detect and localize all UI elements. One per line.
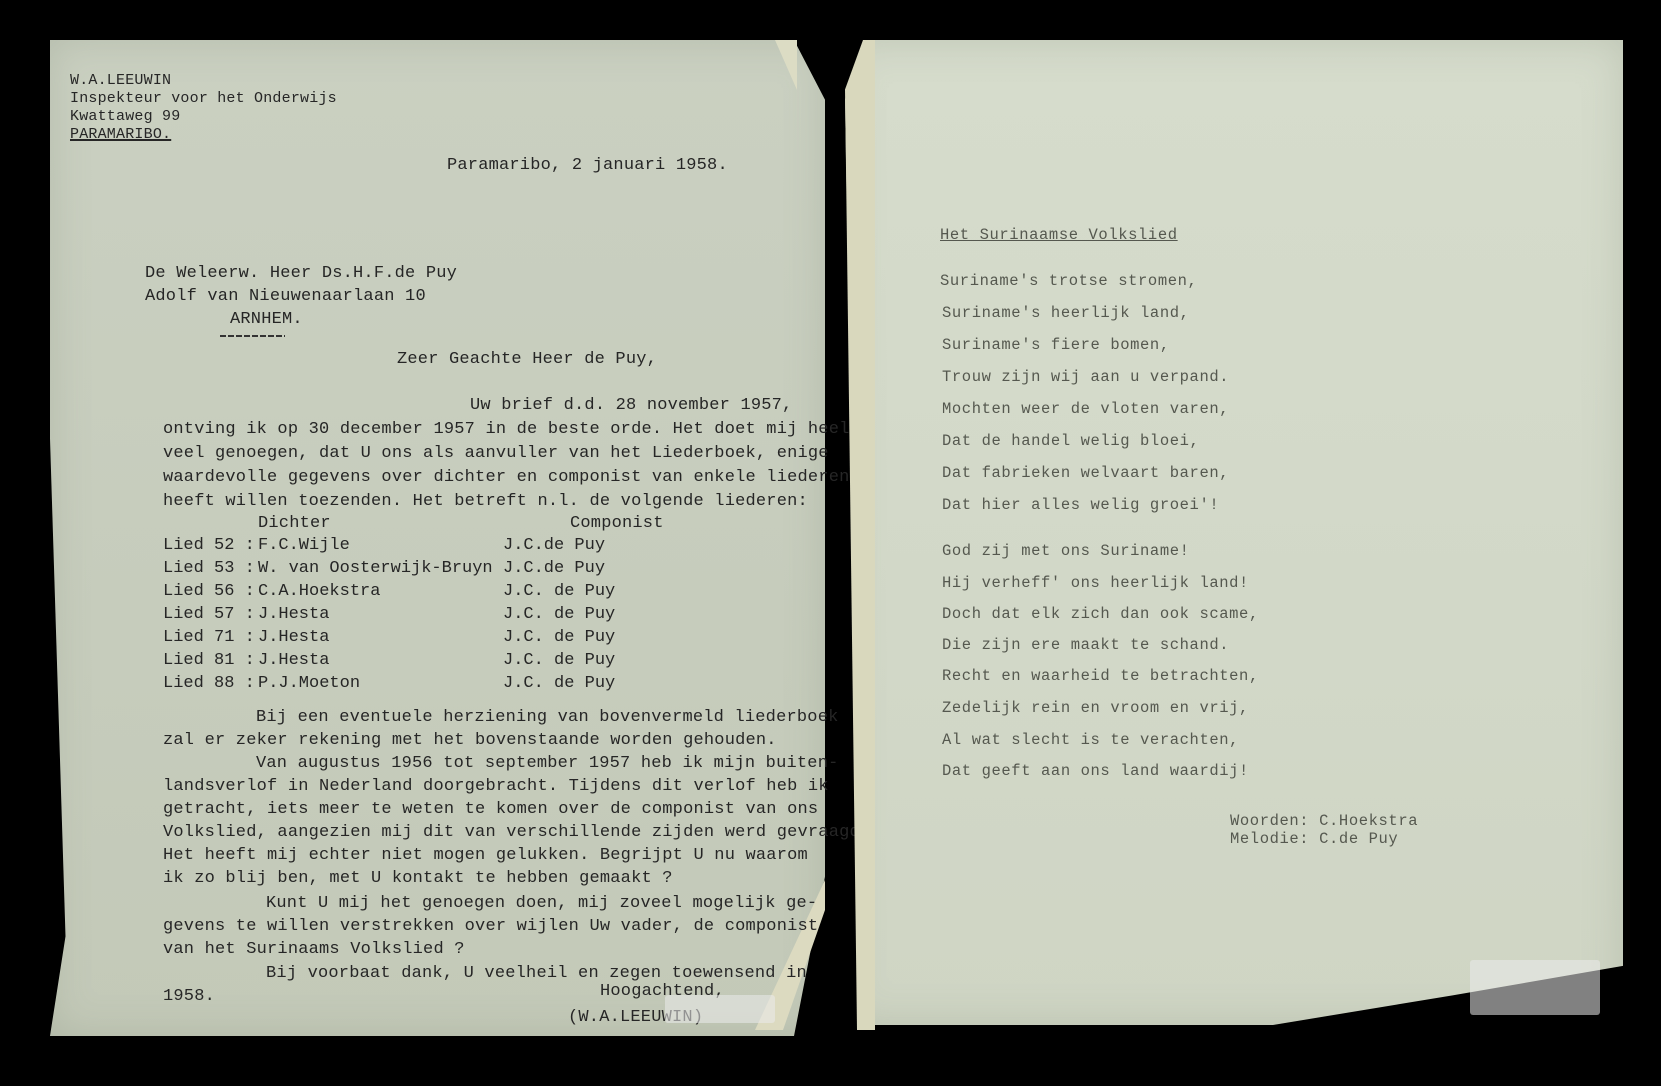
componist-cell: J.C.de Puy [503,536,605,555]
archive-stamp [1470,960,1600,1015]
lied-cell: Lied 52 : [163,536,255,555]
verse-line: Suriname's fiere bomen, [942,334,1170,357]
text-line: heeft willen toezenden. Het betreft n.l.… [163,490,808,513]
sender-street: Kwattaweg 99 [70,108,180,126]
header-componist: Componist [570,512,664,535]
verse-line: Doch dat elk zich dan ook scame, [942,603,1259,626]
componist-cell: J.C. de Puy [503,674,615,693]
dichter-cell: P.J.Moeton [258,674,360,693]
verse-line: God zij met ons Suriname! [942,540,1190,563]
archive-stamp [665,995,775,1023]
text-line: landsverlof in Nederland doorgebracht. T… [163,775,829,798]
lied-cell: Lied 53 : [163,559,255,578]
dichter-cell: J.Hesta [258,651,329,670]
text-line: Kunt U mij het genoegen doen, mij zoveel… [266,892,817,915]
dichter-cell: W. van Oosterwijk-Bruyn [258,559,493,578]
header-dichter: Dichter [258,512,331,535]
dashed-rule [220,335,285,337]
lied-cell: Lied 56 : [163,582,255,601]
text-line: Bij een eventuele herziening van bovenve… [256,706,839,729]
text-line: zal er zeker rekening met het bovenstaan… [163,729,777,752]
text-line: Volkslied, aangezien mij dit van verschi… [163,821,870,844]
verse-line: Dat geeft aan ons land waardij! [942,760,1249,783]
lied-cell: Lied 57 : [163,605,255,624]
text-line: Uw brief d.d. 28 november 1957, [470,394,792,417]
credits-melody: Melodie: C.de Puy [1230,830,1398,848]
recipient-city: ARNHEM. [230,308,303,331]
recipient-name: De Weleerw. Heer Ds.H.F.de Puy [145,262,457,285]
text-line: ontving ik op 30 december 1957 in de bes… [163,418,850,441]
componist-cell: J.C.de Puy [503,559,605,578]
sender-name: W.A.LEEUWIN [70,72,171,90]
verse-line: Dat de handel welig bloei, [942,430,1199,453]
anthem-page [845,40,1623,1025]
dichter-cell: C.A.Hoekstra [258,582,380,601]
folded-edge [845,40,875,1030]
text-line: 1958. [163,985,215,1008]
anthem-title: Het Surinaamse Volkslied [940,224,1178,247]
dichter-cell: J.Hesta [258,628,329,647]
text-line: Van augustus 1956 tot september 1957 heb… [256,752,839,775]
dichter-cell: J.Hesta [258,605,329,624]
text-line: Het heeft mij echter niet mogen gelukken… [163,844,808,867]
lied-cell: Lied 88 : [163,674,255,693]
componist-cell: J.C. de Puy [503,605,615,624]
verse-line: Trouw zijn wij aan u verpand. [942,366,1229,389]
dichter-cell: F.C.Wijle [258,536,350,555]
verse-line: Recht en waarheid te betrachten, [942,665,1259,688]
verse-line: Suriname's heerlijk land, [942,302,1190,325]
componist-cell: J.C. de Puy [503,651,615,670]
salutation: Zeer Geachte Heer de Puy, [397,348,657,371]
text-line: waardevolle gegevens over dichter en com… [163,466,850,489]
verse-line: Al wat slecht is te verachten, [942,729,1239,752]
componist-cell: J.C. de Puy [503,582,615,601]
letter-date: Paramaribo, 2 januari 1958. [447,154,728,177]
verse-line: Suriname's trotse stromen, [940,270,1197,293]
verse-line: Die zijn ere maakt te schand. [942,634,1229,657]
recipient-street: Adolf van Nieuwenaarlaan 10 [145,285,426,308]
sender-title: Inspekteur voor het Onderwijs [70,90,337,108]
text-line: Bij voorbaat dank, U veelheil en zegen t… [266,962,807,985]
verse-line: Mochten weer de vloten varen, [942,398,1229,421]
text-line: gevens te willen verstrekken over wijlen… [163,915,818,938]
verse-line: Zedelijk rein en vroom en vrij, [942,697,1249,720]
credits-words: Woorden: C.Hoekstra [1230,812,1418,830]
lied-cell: Lied 81 : [163,651,255,670]
verse-line: Dat fabrieken welvaart baren, [942,462,1229,485]
sender-city: PARAMARIBO. [70,126,171,144]
componist-cell: J.C. de Puy [503,628,615,647]
text-line: veel genoegen, dat U ons als aanvuller v… [163,442,829,465]
text-line: ik zo blij ben, met U kontakt te hebben … [163,867,673,890]
text-line: van het Surinaams Volkslied ? [163,938,465,961]
lied-cell: Lied 71 : [163,628,255,647]
verse-line: Hij verheff' ons heerlijk land! [942,572,1249,595]
text-line: getracht, iets meer te weten te komen ov… [163,798,818,821]
verse-line: Dat hier alles welig groei'! [942,494,1219,517]
